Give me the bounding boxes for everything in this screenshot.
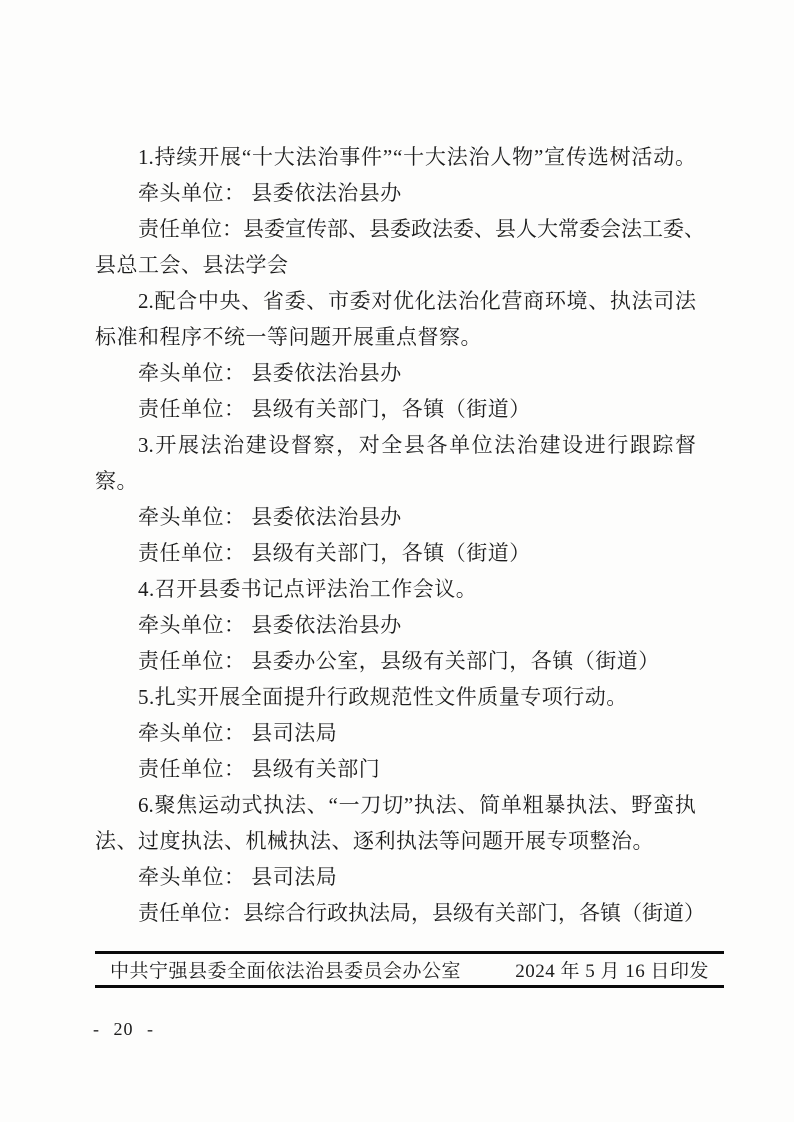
document-line: 3.开展法治建设督察，对全县各单位法治建设进行跟踪督 [95, 427, 696, 463]
document-line: 责任单位： 县级有关部门 [95, 751, 696, 787]
document-line: 县总工会、县法学会 [95, 247, 696, 283]
document-line: 标准和程序不统一等问题开展重点督察。 [95, 319, 696, 355]
document-page: 1.持续开展“十大法治事件”“十大法治人物”宣传选树活动。牵头单位： 县委依法治… [0, 0, 794, 1122]
document-line: 牵头单位： 县司法局 [95, 859, 696, 895]
document-line: 1.持续开展“十大法治事件”“十大法治人物”宣传选树活动。 [95, 139, 696, 175]
page-number: - 20 - [93, 1019, 154, 1040]
document-line: 责任单位： 县委办公室，县级有关部门，各镇（街道） [95, 643, 696, 679]
document-line: 牵头单位： 县委依法治县办 [95, 607, 696, 643]
document-line: 牵头单位： 县委依法治县办 [95, 499, 696, 535]
document-line: 责任单位： 县级有关部门，各镇（街道） [95, 535, 696, 571]
document-line: 察。 [95, 463, 696, 499]
document-line: 责任单位： 县级有关部门，各镇（街道） [95, 391, 696, 427]
document-line: 牵头单位： 县委依法治县办 [95, 355, 696, 391]
document-footer: 中共宁强县委全面依法治县委员会办公室 2024 年 5 月 16 日印发 [95, 951, 724, 988]
document-line: 4.召开县委书记点评法治工作会议。 [95, 571, 696, 607]
document-body: 1.持续开展“十大法治事件”“十大法治人物”宣传选树活动。牵头单位： 县委依法治… [95, 139, 696, 931]
document-line: 责任单位：县综合行政执法局，县级有关部门，各镇（街道） [95, 895, 696, 931]
footer-issuer: 中共宁强县委全面依法治县委员会办公室 [110, 956, 461, 983]
document-line: 责任单位：县委宣传部、县委政法委、县人大常委会法工委、 [95, 211, 696, 247]
document-line: 2.配合中央、省委、市委对优化法治化营商环境、执法司法 [95, 283, 696, 319]
document-line: 5.扎实开展全面提升行政规范性文件质量专项行动。 [95, 679, 696, 715]
document-line: 6.聚焦运动式执法、“一刀切”执法、简单粗暴执法、野蛮执 [95, 787, 696, 823]
footer-print-date: 2024 年 5 月 16 日印发 [515, 956, 709, 983]
document-line: 牵头单位： 县委依法治县办 [95, 175, 696, 211]
document-line: 牵头单位： 县司法局 [95, 715, 696, 751]
document-line: 法、过度执法、机械执法、逐利执法等问题开展专项整治。 [95, 823, 696, 859]
